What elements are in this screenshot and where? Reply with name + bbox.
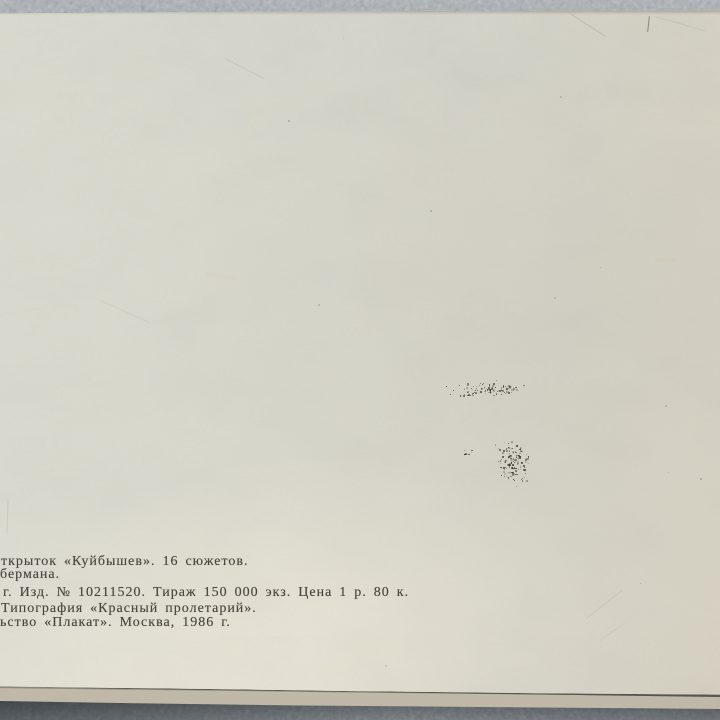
ink-dot: [473, 386, 475, 388]
ink-dot: [505, 460, 506, 461]
ink-dot: [493, 395, 495, 397]
ink-dot: [496, 380, 497, 381]
ink-dot: [516, 445, 518, 447]
ink-dot: [492, 385, 494, 387]
ink-dot: [485, 393, 486, 394]
ink-dot: [498, 461, 499, 462]
ink-dot: [506, 468, 507, 469]
ink-dot: [526, 454, 527, 455]
paper-speck: [318, 304, 320, 306]
ink-dot: [518, 455, 519, 456]
ink-dot: [473, 395, 474, 396]
ink-dot: [503, 386, 504, 387]
ink-dot: [506, 476, 508, 478]
ink-dot: [505, 393, 507, 395]
ink-dot: [504, 392, 505, 393]
ink-dot: [484, 387, 485, 388]
ink-dot: [501, 459, 502, 460]
ink-dot: [482, 389, 483, 390]
ink-dot: [526, 480, 528, 482]
ink-dot: [495, 444, 496, 445]
ink-dot: [505, 386, 506, 387]
ink-dot: [501, 387, 502, 388]
ink-dot: [528, 463, 530, 465]
ink-dot: [520, 469, 521, 470]
ink-dot: [508, 392, 510, 394]
ink-dot: [518, 469, 520, 471]
ink-dot: [509, 472, 511, 474]
paper-speck: [385, 665, 387, 667]
ink-smudge-lower: [482, 428, 548, 498]
ink-dot: [508, 477, 509, 478]
ink-dot: [461, 395, 462, 396]
ink-dot: [512, 472, 514, 474]
ink-dot: [504, 442, 505, 443]
ink-dot: [504, 469, 505, 470]
paper-speck: [700, 478, 702, 480]
ink-dot: [508, 447, 509, 448]
ink-dot: [511, 459, 513, 461]
ink-dot: [525, 473, 526, 474]
paper-speck: [665, 405, 667, 407]
ink-dot: [465, 453, 467, 455]
ink-dot: [468, 394, 470, 396]
ink-dot: [459, 385, 461, 387]
ink-dot: [521, 479, 522, 480]
ink-dot: [524, 469, 526, 471]
ink-dot: [505, 461, 507, 463]
ink-dot: [512, 467, 514, 469]
ink-dot: [501, 475, 502, 476]
ink-dot: [489, 386, 490, 387]
ink-dot: [471, 452, 472, 453]
ink-dot: [510, 476, 511, 477]
ink-dot: [517, 474, 518, 475]
ink-dot: [513, 452, 514, 453]
ink-dot: [509, 467, 511, 469]
ink-dot: [515, 387, 517, 389]
ink-dot: [509, 453, 510, 454]
ink-dot: [482, 388, 483, 389]
ink-dot: [503, 456, 504, 457]
imprint-line: Типография «Красный пролетарий».: [1, 602, 257, 616]
imprint-line: г. Изд. № 10211520. Тираж 150 000 экз. Ц…: [3, 586, 409, 600]
ink-dot: [446, 386, 447, 387]
ink-dot: [500, 463, 501, 464]
paper-speck: [288, 120, 290, 122]
ink-dot: [525, 461, 527, 463]
envelope-back: ткрыток «Куйбышев». 16 сюжетов. бермана.…: [0, 0, 720, 720]
ink-dot: [453, 390, 454, 391]
ink-dot: [512, 474, 514, 476]
ink-dot: [470, 395, 471, 396]
ink-dot: [515, 470, 517, 472]
ink-dot: [479, 392, 480, 393]
ink-dot: [513, 479, 514, 480]
ink-dot: [500, 467, 501, 468]
ink-smudge-upper: [450, 372, 550, 402]
ink-dot: [511, 386, 512, 387]
ink-dot: [520, 447, 522, 449]
ink-dot: [514, 462, 516, 464]
ink-dot: [511, 462, 512, 463]
ink-dot: [460, 395, 462, 397]
ink-dot: [472, 389, 473, 390]
ink-dot: [497, 391, 498, 392]
ink-dot: [516, 452, 517, 453]
paper-speck: [430, 210, 432, 212]
ink-dot: [522, 480, 524, 482]
ink-dot: [476, 388, 477, 389]
ink-dot: [479, 385, 480, 386]
imprint-line: бермана.: [0, 568, 60, 582]
ink-dot: [522, 478, 523, 479]
ink-dot: [502, 452, 504, 454]
ink-dot: [528, 456, 530, 458]
ink-dot: [501, 394, 502, 395]
publisher-imprint: ткрыток «Куйбышев». 16 сюжетов. бермана.…: [0, 555, 490, 635]
ink-dot: [524, 477, 526, 479]
ink-dot: [464, 389, 465, 390]
ink-dot: [509, 465, 510, 466]
ink-dot: [506, 450, 508, 452]
ink-dot: [524, 466, 525, 467]
ink-dot: [506, 448, 507, 449]
ink-dot: [510, 455, 511, 456]
ink-dot: [504, 476, 505, 477]
ink-dot: [495, 387, 496, 388]
ink-dot: [483, 383, 484, 384]
ink-dot: [516, 468, 517, 469]
ink-dot: [520, 466, 521, 467]
ink-dot: [499, 449, 501, 451]
ink-dot: [508, 443, 509, 444]
ink-dot: [475, 392, 477, 394]
paper-speck: [554, 297, 556, 299]
ink-dot: [522, 451, 523, 452]
ink-dot: [511, 392, 512, 393]
ink-dot: [468, 385, 469, 386]
paper-speck: [560, 96, 562, 98]
ink-dot: [520, 456, 521, 457]
ink-dot: [492, 387, 493, 388]
ink-dot: [513, 390, 514, 391]
photograph: ткрыток «Куйбышев». 16 сюжетов. бермана.…: [0, 0, 720, 720]
ink-dot: [511, 441, 513, 443]
ink-dot: [450, 394, 451, 395]
ink-dot: [484, 391, 485, 392]
ink-dot: [509, 450, 510, 451]
ink-dot: [475, 390, 476, 391]
ink-dot: [463, 395, 465, 397]
imprint-line: ьство «Плакат». Москва, 1986 г.: [0, 616, 231, 630]
ink-dot: [466, 387, 468, 389]
ink-dot: [512, 448, 513, 449]
ink-dot: [496, 393, 498, 395]
ink-dot: [523, 385, 524, 386]
ink-dot: [516, 389, 518, 391]
ink-dot: [477, 390, 478, 391]
ink-dot: [516, 486, 517, 487]
ink-dot: [500, 461, 501, 462]
